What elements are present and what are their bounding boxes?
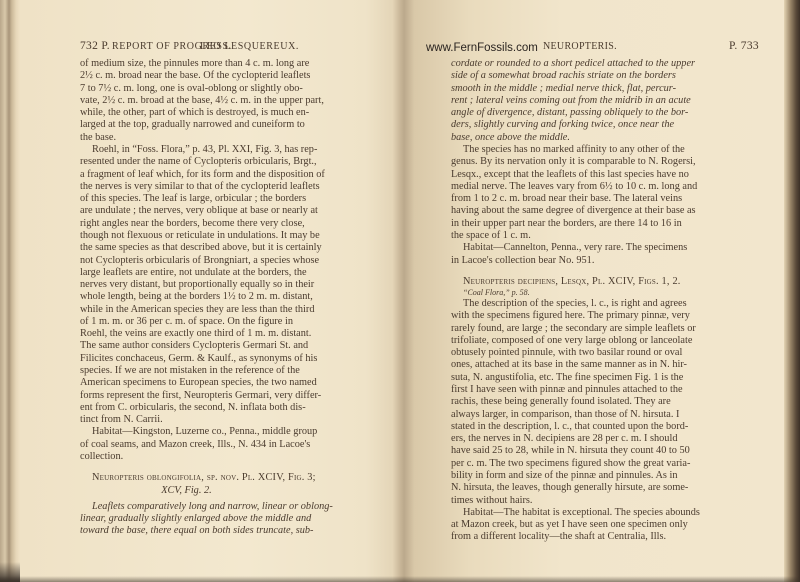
species-heading: Neuropteris oblongifolia, sp. nov. Pl. X… — [80, 472, 293, 484]
text-line: nerves very distant, but proportionally … — [80, 279, 293, 291]
text-line: 2½ c. m. broad near the base. Of the cyc… — [80, 70, 293, 82]
text-line: tinct from N. Carrii. — [80, 414, 293, 426]
text-line: forms represent the first, Neuropteris G… — [80, 390, 293, 402]
text-line: suta, N. angustifolia, etc. The fine spe… — [451, 372, 667, 384]
text-line: The description of the species, l. c., i… — [451, 298, 667, 310]
right-page-number: P. 733 — [729, 40, 759, 52]
text-line: from 1 to 2 c. m. broad near their base.… — [451, 193, 667, 205]
description-line: rent ; lateral veins coming out from the… — [451, 95, 667, 107]
text-line: rarely found, are large ; the secondary … — [451, 323, 667, 335]
text-line: per c. m. The two specimens figured show… — [451, 458, 667, 470]
text-line: N. hirsuta, the leaves, though generally… — [451, 482, 667, 494]
text-line: the base. — [80, 132, 293, 144]
text-line: stated in the description, l. c., that c… — [451, 421, 667, 433]
text-line: American specimens to European species, … — [80, 377, 293, 389]
left-running-author: LEO LESQUEREUX. — [200, 41, 299, 52]
text-line: ones, attached at its base in the same m… — [451, 359, 667, 371]
text-line: a fragment of leaf which, for its form a… — [80, 169, 293, 181]
text-line: Habitat—Kingston, Luzerne co., Penna., m… — [80, 426, 293, 438]
text-line: rachis, these being generally found isol… — [451, 396, 667, 408]
text-line: of this species. The leaf is large, orbi… — [80, 193, 293, 205]
text-line: while, the other, part of which is destr… — [80, 107, 293, 119]
text-line: obtusely pointed pinnule, with two basil… — [451, 347, 667, 359]
text-line: trifoliate, composed of one very large o… — [451, 335, 667, 347]
text-line: not Cyclopteris orbicularis of Brongniar… — [80, 255, 293, 267]
text-line: of coal seams, and Mazon creek, Ills., N… — [80, 439, 293, 451]
citation: “Coal Flora,” p. 58. — [451, 288, 667, 298]
text-line: in their upper part near the borders, ar… — [451, 218, 667, 230]
left-page-edges — [0, 0, 20, 582]
text-line: genus. By its nervation only it is compa… — [451, 156, 667, 168]
text-line: from a different locality—the shaft at C… — [451, 531, 667, 543]
description-line: linear, gradually slightly enlarged abov… — [80, 513, 293, 525]
text-line: first I have seen with pinnæ and pinnule… — [451, 384, 667, 396]
text-line: medial nerve. The leaves vary from 6½ to… — [451, 181, 667, 193]
text-line: always larger, in comparison, than those… — [451, 409, 667, 421]
text-line: Roehl, in “Foss. Flora,” p. 43, Pl. XXI,… — [80, 144, 293, 156]
text-line: whole length, being at the borders 1½ to… — [80, 291, 293, 303]
text-line: are undulate ; the nerves, very oblique … — [80, 205, 293, 217]
text-line: Habitat—The habitat is exceptional. The … — [451, 507, 667, 519]
description-line: side of a somewhat broad rachis striate … — [451, 70, 667, 82]
text-line: in Lacoe's collection bear No. 951. — [451, 255, 667, 267]
text-line: species. If we are not mistaken in the r… — [80, 365, 293, 377]
text-line: Filicites conchaceus, Germ. & Kaulf., as… — [80, 353, 293, 365]
text-line: times without hairs. — [451, 495, 667, 507]
text-line: 7 to 7½ c. m. long, one is oval-oblong o… — [80, 83, 293, 95]
text-line: bility in form and size of the pinnæ and… — [451, 470, 667, 482]
text-line: at Mazon creek, but as yet I have seen o… — [451, 519, 667, 531]
description-line: toward the base, there equal on both sid… — [80, 525, 293, 537]
text-line: while in the American species they are l… — [80, 304, 293, 316]
text-line: have said 25 to 28, while in N. hirsuta … — [451, 445, 667, 457]
description-line: angle of divergence, distant, passing ob… — [451, 107, 667, 119]
description-line: base, once above the middle. — [451, 132, 667, 144]
text-line: of 1 m. m. or 36 per c. m. of space. On … — [80, 316, 293, 328]
description-line: ders, slightly curving and forking twice… — [451, 119, 667, 131]
watermark-link[interactable]: www.FernFossils.com — [426, 42, 538, 54]
text-line: Roehl, the veins are exactly one third o… — [80, 328, 293, 340]
text-line: the nerves is very similar to that of th… — [80, 181, 293, 193]
bottom-shadow — [0, 576, 800, 582]
description-line: Leaflets comparatively long and narrow, … — [80, 501, 293, 513]
text-line: right angles near the borders, become th… — [80, 218, 293, 230]
right-running-title: NEUROPTERIS. — [543, 41, 617, 52]
text-line: collection. — [80, 451, 293, 463]
text-line: ent from C. orbicularis, the second, N. … — [80, 402, 293, 414]
text-line: having about the same degree of divergen… — [451, 205, 667, 217]
species-heading: Neuropteris decipiens, Lesqx, Pl. XCIV, … — [451, 276, 667, 288]
left-page-text: of medium size, the pinnules more than 4… — [80, 58, 293, 538]
right-page-edge — [784, 0, 800, 582]
description-line: cordate or rounded to a short pedicel at… — [451, 58, 667, 70]
text-line: Habitat—Cannelton, Penna., very rare. Th… — [451, 242, 667, 254]
book-spread: 732 P. REPORT OF PROGRESS. LEO LESQUEREU… — [0, 0, 800, 582]
text-line: though not flexuous or reticulate in und… — [80, 230, 293, 242]
text-line: the same species as that described above… — [80, 242, 293, 254]
text-line: of medium size, the pinnules more than 4… — [80, 58, 293, 70]
text-line: the space of 1 c. m. — [451, 230, 667, 242]
text-line: Lesqx., except that the leaflets of this… — [451, 169, 667, 181]
text-line: The same author considers Cyclopteris Ge… — [80, 340, 293, 352]
book-gutter — [392, 0, 414, 582]
text-line: with the specimens figured here. The pri… — [451, 310, 667, 322]
text-line: large leaflets are entire, not undulate … — [80, 267, 293, 279]
right-page-text: cordate or rounded to a short pedicel at… — [451, 58, 667, 544]
text-line: resented under the name of Cyclopteris o… — [80, 156, 293, 168]
text-line: larged at the top, gradually narrowed an… — [80, 119, 293, 131]
description-line: smooth in the middle ; medial nerve thic… — [451, 83, 667, 95]
left-page-number: 732 P. — [80, 40, 110, 52]
left-running-head: 732 P. REPORT OF PROGRESS. LEO LESQUEREU… — [80, 40, 110, 52]
text-line: ers, the nerves in N. decipiens are 28 p… — [451, 433, 667, 445]
text-line: vate, 2½ c. m. broad at the base, 4½ c. … — [80, 95, 293, 107]
species-heading-cont: XCV, Fig. 2. — [80, 485, 293, 497]
text-line: The species has no marked affinity to an… — [451, 144, 667, 156]
